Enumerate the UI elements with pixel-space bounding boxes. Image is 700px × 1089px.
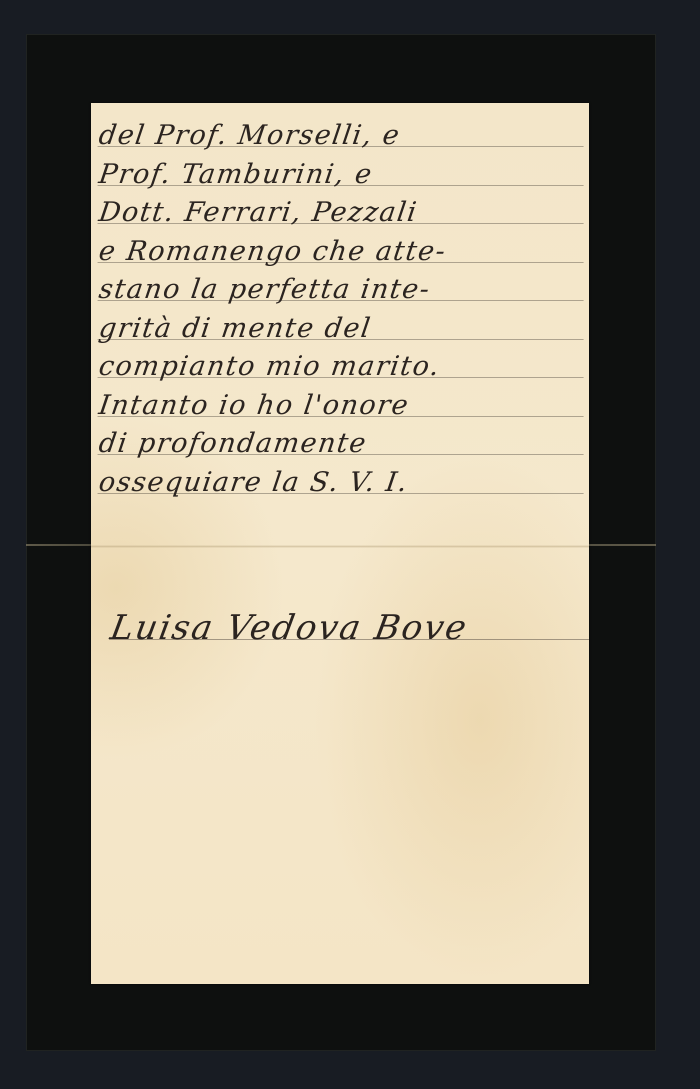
letter-line: stano la perfetta inte- [96,271,587,310]
signature: Luisa Vedova Bove [107,608,584,648]
letter-line: compianto mio marito. [96,348,587,387]
letter-body: del Prof. Morselli, e Prof. Tamburini, e… [99,117,585,502]
letter-line: Prof. Tamburini, e [96,156,587,195]
letter-line: e Romanengo che atte- [96,233,587,272]
letter-line: Dott. Ferrari, Pezzali [96,194,587,233]
letter-line: ossequiare la S. V. I. [96,464,587,503]
paper-fold-line [91,545,589,548]
letter-line: grità di mente del [96,310,587,349]
letter-line: Intanto io ho l'onore [96,387,587,426]
letter-paper: del Prof. Morselli, e Prof. Tamburini, e… [91,103,589,984]
letter-line: del Prof. Morselli, e [96,117,587,156]
letter-line: di profondamente [96,425,587,464]
